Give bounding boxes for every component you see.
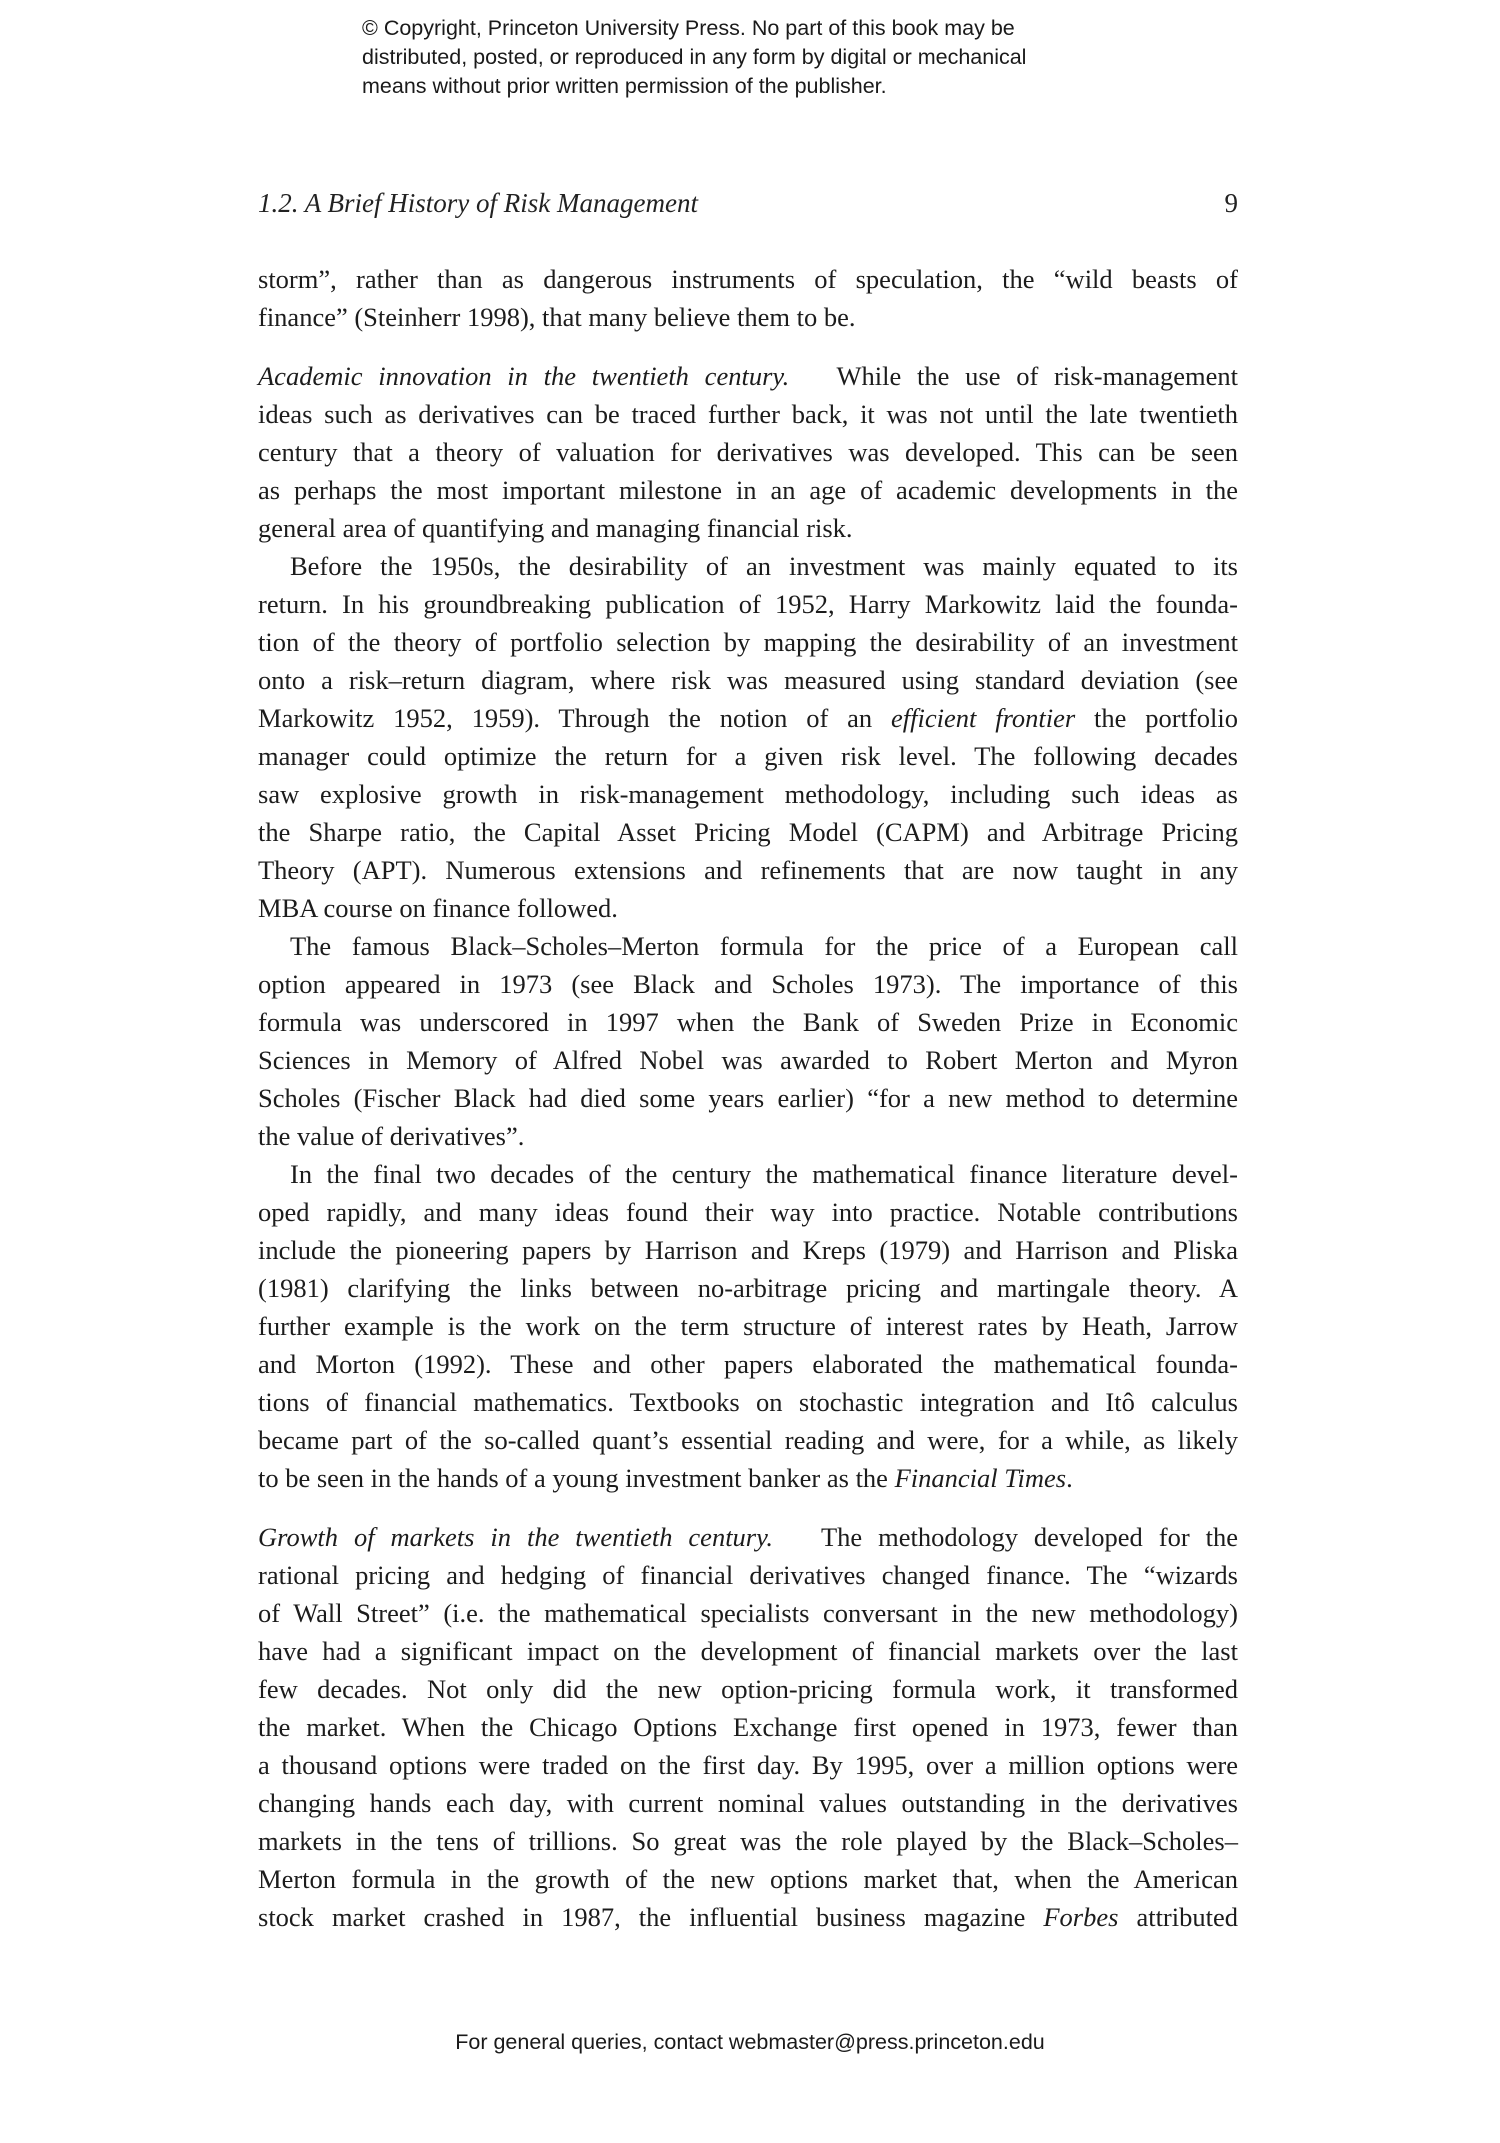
text-line: MBA course on finance followed. bbox=[258, 889, 1238, 927]
text-line: saw explosive growth in risk-management … bbox=[258, 775, 1238, 813]
text-line: storm”, rather than as dangerous instrum… bbox=[258, 260, 1238, 298]
text-line: finance” (Steinherr 1998), that many bel… bbox=[258, 298, 1238, 336]
text-line: rational pricing and hedging of financia… bbox=[258, 1556, 1238, 1594]
text-run: attributed bbox=[1118, 1902, 1238, 1932]
paragraph: storm”, rather than as dangerous instrum… bbox=[258, 260, 1238, 336]
text-line: Academic innovation in the twentieth cen… bbox=[258, 357, 1238, 395]
text-line: tions of financial mathematics. Textbook… bbox=[258, 1383, 1238, 1421]
emphasis: Financial Times bbox=[895, 1463, 1067, 1493]
text-line: a thousand options were traded on the fi… bbox=[258, 1746, 1238, 1784]
text-line: manager could optimize the return for a … bbox=[258, 737, 1238, 775]
copyright-line: distributed, posted, or reproduced in an… bbox=[362, 43, 1182, 72]
text-line: Scholes (Fischer Black had died some yea… bbox=[258, 1079, 1238, 1117]
text-line: stock market crashed in 1987, the influe… bbox=[258, 1898, 1238, 1936]
text-line: have had a significant impact on the dev… bbox=[258, 1632, 1238, 1670]
text-line: as perhaps the most important milestone … bbox=[258, 471, 1238, 509]
paragraph: Academic innovation in the twentieth cen… bbox=[258, 357, 1238, 547]
text-run: Markowitz 1952, 1959). Through the notio… bbox=[258, 703, 891, 733]
run-in-heading: Academic innovation in the twentieth cen… bbox=[258, 361, 789, 391]
text-run: the portfolio bbox=[1075, 703, 1238, 733]
body-text: storm”, rather than as dangerous instrum… bbox=[258, 260, 1238, 1936]
footer-contact: For general queries, contact webmaster@p… bbox=[0, 2030, 1500, 2055]
text-run: The methodology developed for the bbox=[821, 1522, 1238, 1552]
text-line: option appeared in 1973 (see Black and S… bbox=[258, 965, 1238, 1003]
text-line: Theory (APT). Numerous extensions and re… bbox=[258, 851, 1238, 889]
text-line: the value of derivatives”. bbox=[258, 1117, 1238, 1155]
paragraph: The famous Black–Scholes–Merton formula … bbox=[258, 927, 1238, 1155]
text-line: return. In his groundbreaking publicatio… bbox=[258, 585, 1238, 623]
text-line: and Morton (1992). These and other paper… bbox=[258, 1345, 1238, 1383]
running-head: 1.2. A Brief History of Risk Management … bbox=[258, 188, 1238, 228]
text-run: to be seen in the hands of a young inves… bbox=[258, 1463, 895, 1493]
text-line: Growth of markets in the twentieth centu… bbox=[258, 1518, 1238, 1556]
text-line: include the pioneering papers by Harriso… bbox=[258, 1231, 1238, 1269]
text-line: formula was underscored in 1997 when the… bbox=[258, 1003, 1238, 1041]
text-line: Markowitz 1952, 1959). Through the notio… bbox=[258, 699, 1238, 737]
run-in-heading: Growth of markets in the twentieth centu… bbox=[258, 1522, 773, 1552]
text-line: oped rapidly, and many ideas found their… bbox=[258, 1193, 1238, 1231]
text-line: century that a theory of valuation for d… bbox=[258, 433, 1238, 471]
copyright-line: means without prior written permission o… bbox=[362, 72, 1182, 101]
text-run: stock market crashed in 1987, the influe… bbox=[258, 1902, 1043, 1932]
text-line: Sciences in Memory of Alfred Nobel was a… bbox=[258, 1041, 1238, 1079]
text-line: changing hands each day, with current no… bbox=[258, 1784, 1238, 1822]
paragraph: Growth of markets in the twentieth centu… bbox=[258, 1518, 1238, 1936]
text-line: Merton formula in the growth of the new … bbox=[258, 1860, 1238, 1898]
text-line: of Wall Street” (i.e. the mathematical s… bbox=[258, 1594, 1238, 1632]
copyright-line: © Copyright, Princeton University Press.… bbox=[362, 14, 1182, 43]
paragraph: Before the 1950s, the desirability of an… bbox=[258, 547, 1238, 927]
text-line: onto a risk–return diagram, where risk w… bbox=[258, 661, 1238, 699]
emphasis: Forbes bbox=[1043, 1902, 1118, 1932]
text-line: the market. When the Chicago Options Exc… bbox=[258, 1708, 1238, 1746]
text-line: to be seen in the hands of a young inves… bbox=[258, 1459, 1238, 1497]
paragraph: In the final two decades of the century … bbox=[258, 1155, 1238, 1497]
text-line: general area of quantifying and managing… bbox=[258, 509, 1238, 547]
text-line: The famous Black–Scholes–Merton formula … bbox=[258, 927, 1238, 965]
page-number: 9 bbox=[1225, 188, 1239, 219]
text-run: While the use of risk-management bbox=[837, 361, 1238, 391]
copyright-notice: © Copyright, Princeton University Press.… bbox=[362, 14, 1182, 101]
text-line: tion of the theory of portfolio selectio… bbox=[258, 623, 1238, 661]
text-line: the Sharpe ratio, the Capital Asset Pric… bbox=[258, 813, 1238, 851]
text-line: Before the 1950s, the desirability of an… bbox=[258, 547, 1238, 585]
section-title: 1.2. A Brief History of Risk Management bbox=[258, 188, 698, 219]
text-line: ideas such as derivatives can be traced … bbox=[258, 395, 1238, 433]
text-line: markets in the tens of trillions. So gre… bbox=[258, 1822, 1238, 1860]
text-line: few decades. Not only did the new option… bbox=[258, 1670, 1238, 1708]
text-line: became part of the so-called quant’s ess… bbox=[258, 1421, 1238, 1459]
text-line: (1981) clarifying the links between no-a… bbox=[258, 1269, 1238, 1307]
emphasis: efficient frontier bbox=[891, 703, 1075, 733]
text-line: In the final two decades of the century … bbox=[258, 1155, 1238, 1193]
text-line: further example is the work on the term … bbox=[258, 1307, 1238, 1345]
text-run: . bbox=[1066, 1463, 1073, 1493]
